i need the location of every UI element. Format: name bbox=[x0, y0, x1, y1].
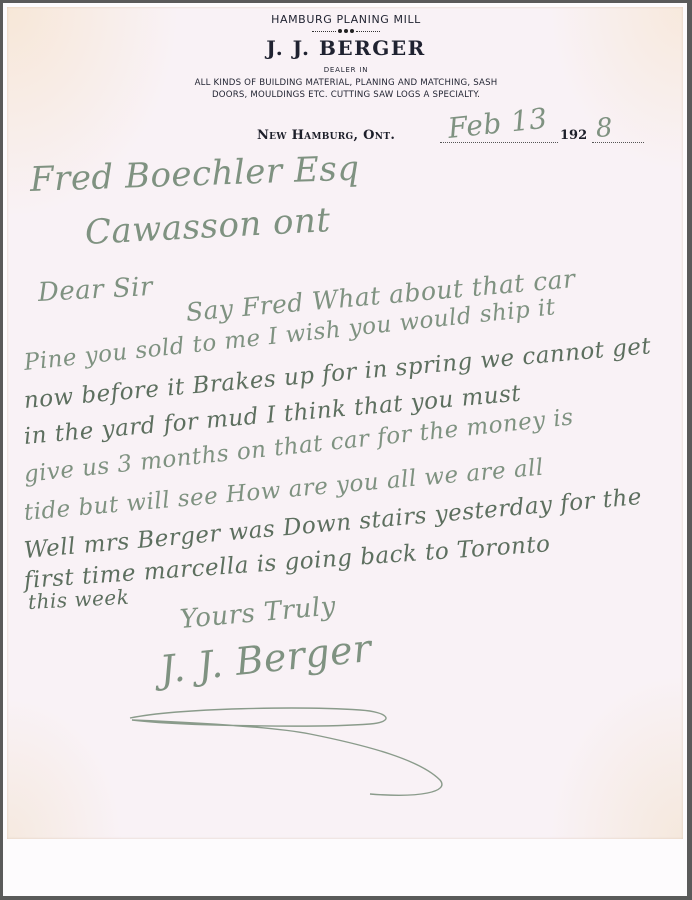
letterhead-ornament bbox=[0, 27, 692, 35]
dateline-year-prefix: 192 bbox=[560, 128, 587, 143]
letterhead-dealer-in: DEALER IN bbox=[0, 66, 692, 74]
signature-flourish bbox=[120, 700, 460, 800]
letterhead-goods-line-2: DOORS, MOULDINGS ETC. CUTTING SAW LOGS A… bbox=[0, 90, 692, 100]
letterhead-mill-name: HAMBURG PLANING MILL bbox=[0, 13, 692, 26]
dateline-place: New Hamburg, Ont. bbox=[257, 128, 395, 143]
salutation: Dear Sir bbox=[37, 272, 153, 308]
letterhead-goods-line-1: ALL KINDS OF BUILDING MATERIAL, PLANING … bbox=[0, 78, 692, 88]
letterhead-proprietor: J. J. BERGER bbox=[0, 36, 692, 60]
handwritten-year-digit: 8 bbox=[595, 113, 614, 144]
